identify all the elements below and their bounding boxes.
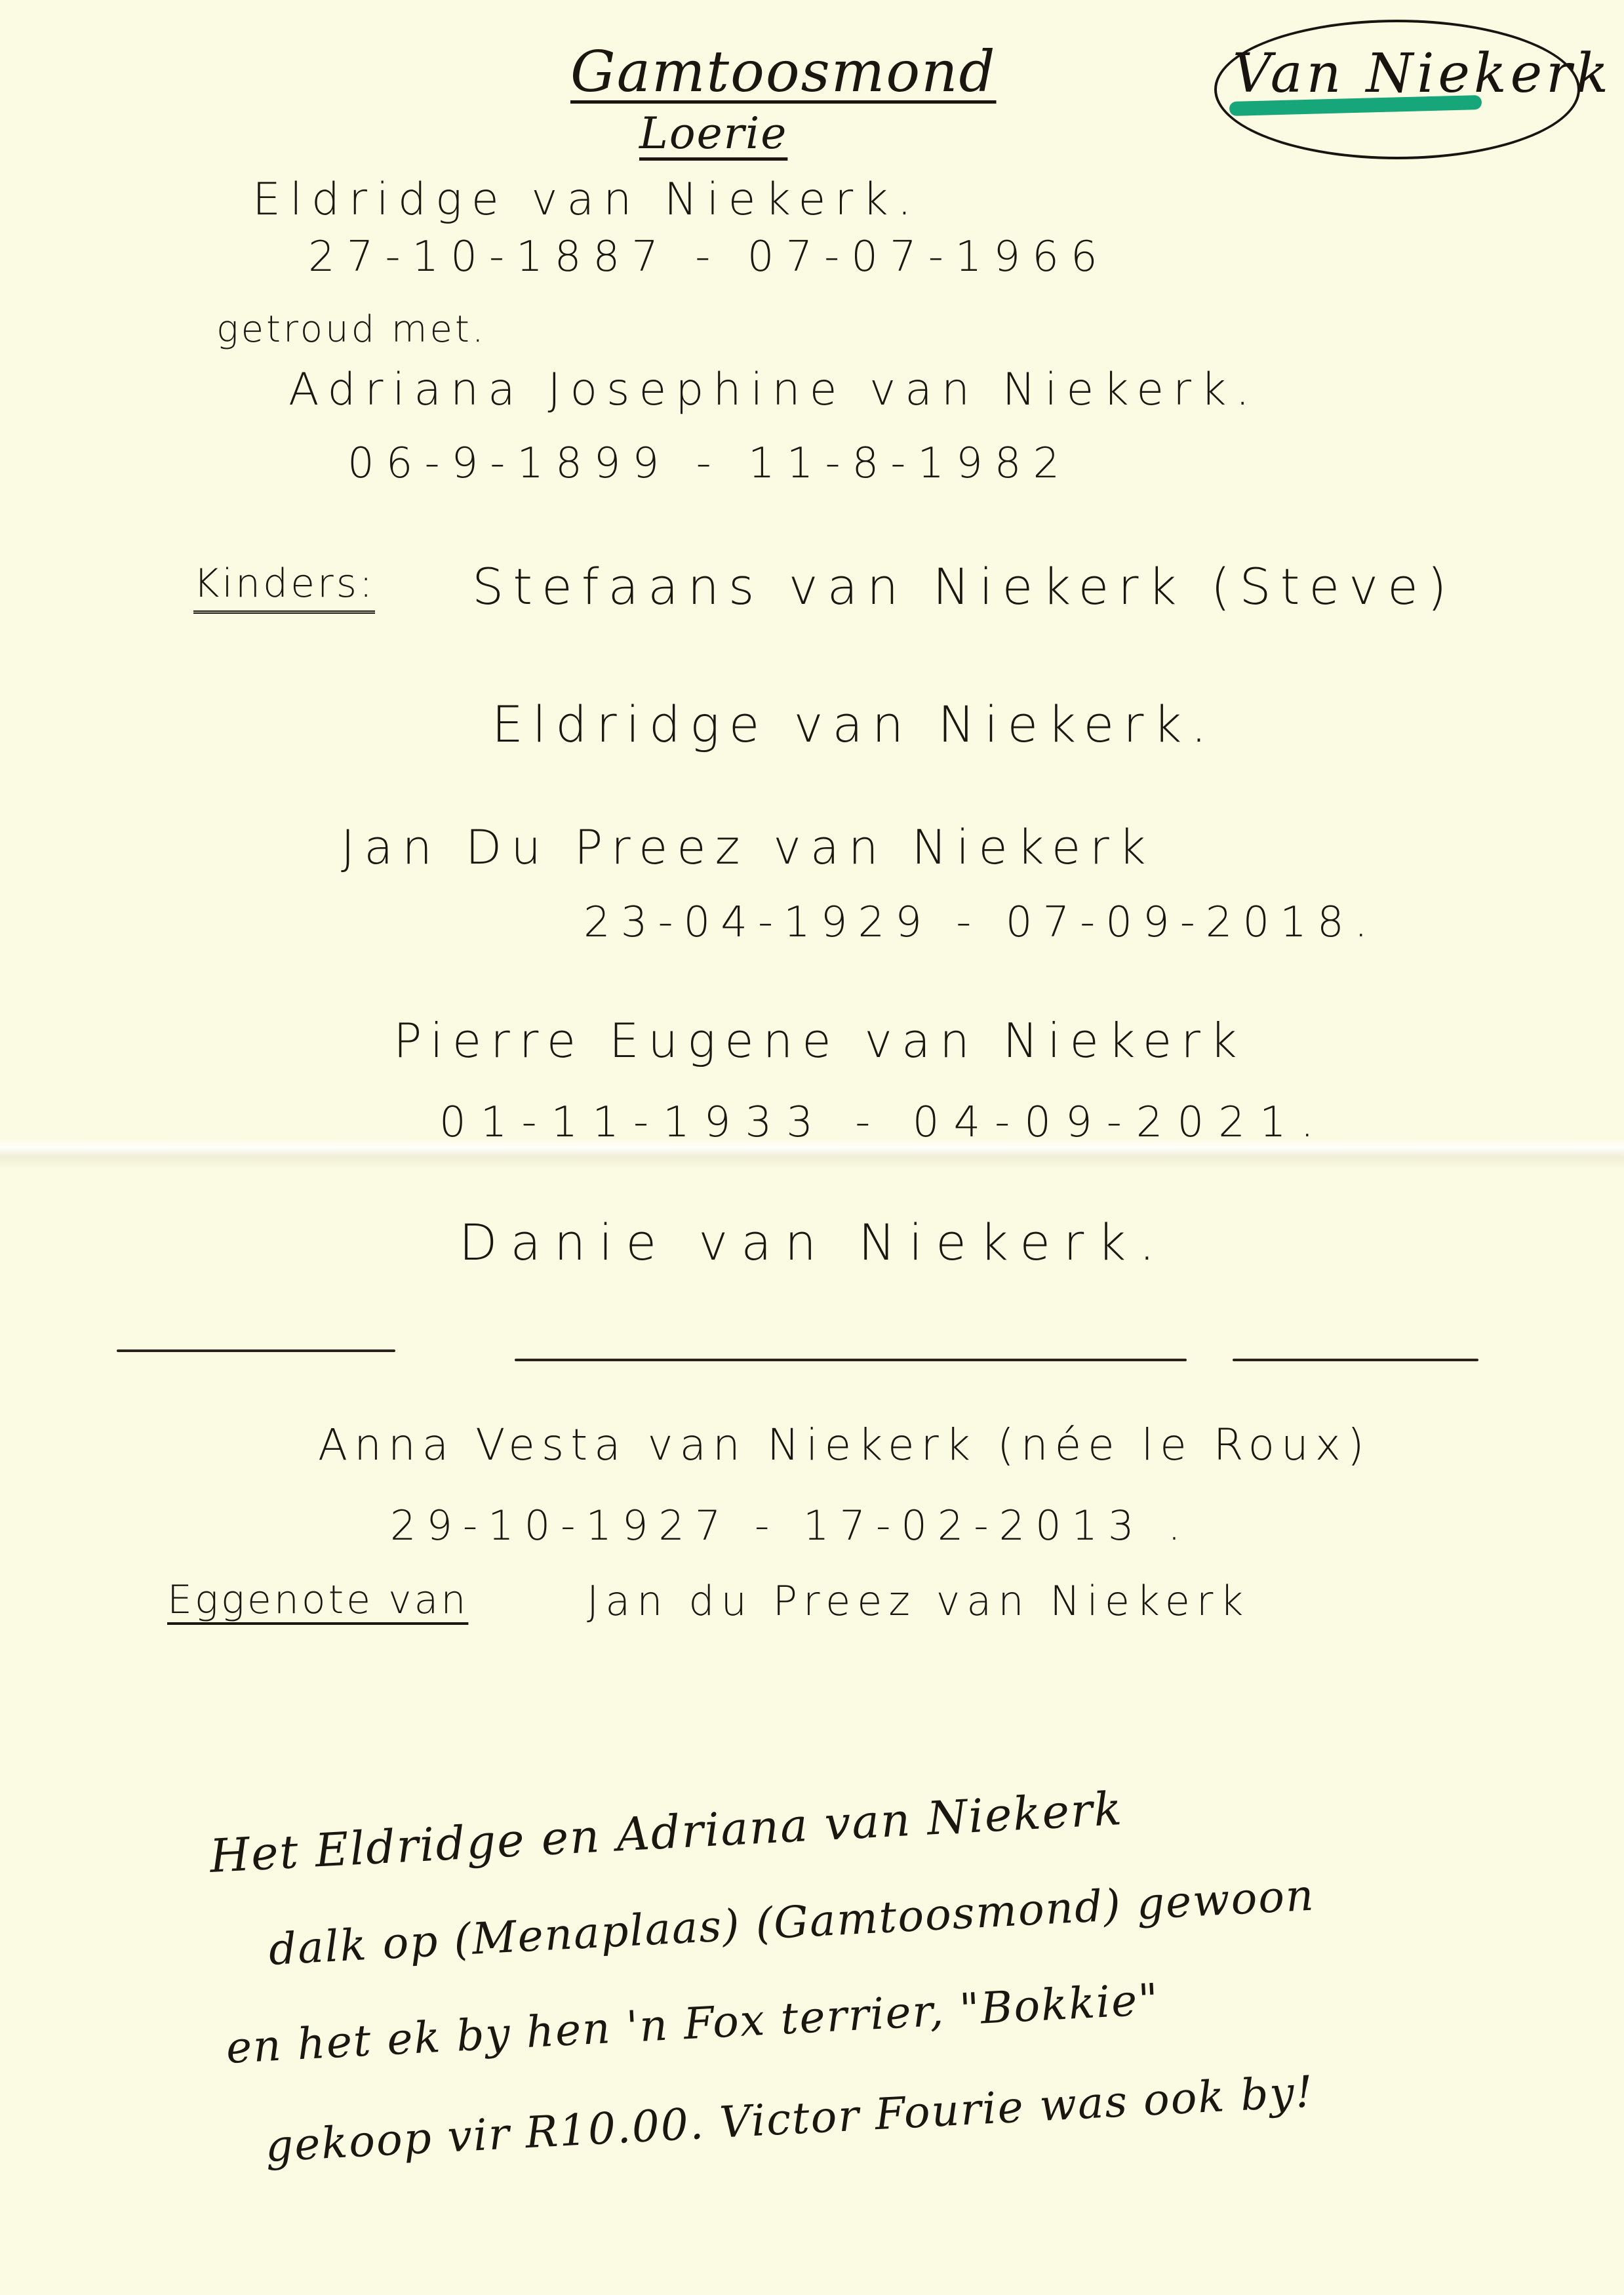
handwritten-page: Gamtoosmond Loerie Van Niekerk Eldridge … bbox=[0, 0, 1624, 2295]
surname-tag: Van Niekerk bbox=[1233, 43, 1612, 105]
father-dates: 27-10-1887 - 07-07-1966 bbox=[308, 233, 1109, 281]
children-label: Kinders: bbox=[193, 561, 375, 614]
separator-line-left bbox=[117, 1349, 395, 1352]
spouse-dates: 29-10-1927 - 17-02-2013 . bbox=[390, 1502, 1191, 1549]
child-3-dates: 23-04-1929 - 07-09-2018. bbox=[584, 898, 1378, 947]
note-line-1: Het Eldridge en Adriana van Niekerk bbox=[208, 1782, 1124, 1883]
note-line-2: dalk op (Menaplaas) (Gamtoosmond) gewoon bbox=[267, 1869, 1316, 1974]
note-line-4: gekoop vir R10.00. Victor Fourie was ook… bbox=[264, 2066, 1315, 2172]
spouse-name: Anna Vesta van Niekerk (née le Roux) bbox=[318, 1420, 1371, 1470]
child-2-name: Eldridge van Niekerk. bbox=[492, 695, 1216, 753]
separator-line-right bbox=[1233, 1359, 1478, 1361]
father-name: Eldridge van Niekerk. bbox=[252, 174, 921, 226]
spouse-relation-target: Jan du Preez van Niekerk bbox=[587, 1577, 1250, 1625]
spouse-relation-label: Eggenote van bbox=[167, 1577, 468, 1623]
child-1-name: Stefaans van Niekerk (Steve) bbox=[472, 557, 1456, 616]
mother-name: Adriana Josephine van Niekerk. bbox=[288, 364, 1259, 416]
child-5-name: Danie van Niekerk. bbox=[459, 1213, 1168, 1271]
child-4-dates: 01-11-1933 - 04-09-2021. bbox=[439, 1098, 1328, 1147]
child-4-name: Pierre Eugene van Niekerk bbox=[393, 1013, 1246, 1068]
mother-dates: 06-9-1899 - 11-8-1982 bbox=[347, 439, 1071, 488]
place-heading: Gamtoosmond bbox=[570, 39, 997, 105]
section-heading: Loerie bbox=[639, 108, 787, 159]
child-3-name: Jan Du Preez van Niekerk bbox=[341, 820, 1155, 875]
note-line-3: en het ek by hen 'n Fox terrier, "Bokkie… bbox=[225, 1974, 1160, 2073]
separator-line-middle bbox=[515, 1359, 1187, 1361]
married-label: getroud met. bbox=[216, 308, 486, 351]
